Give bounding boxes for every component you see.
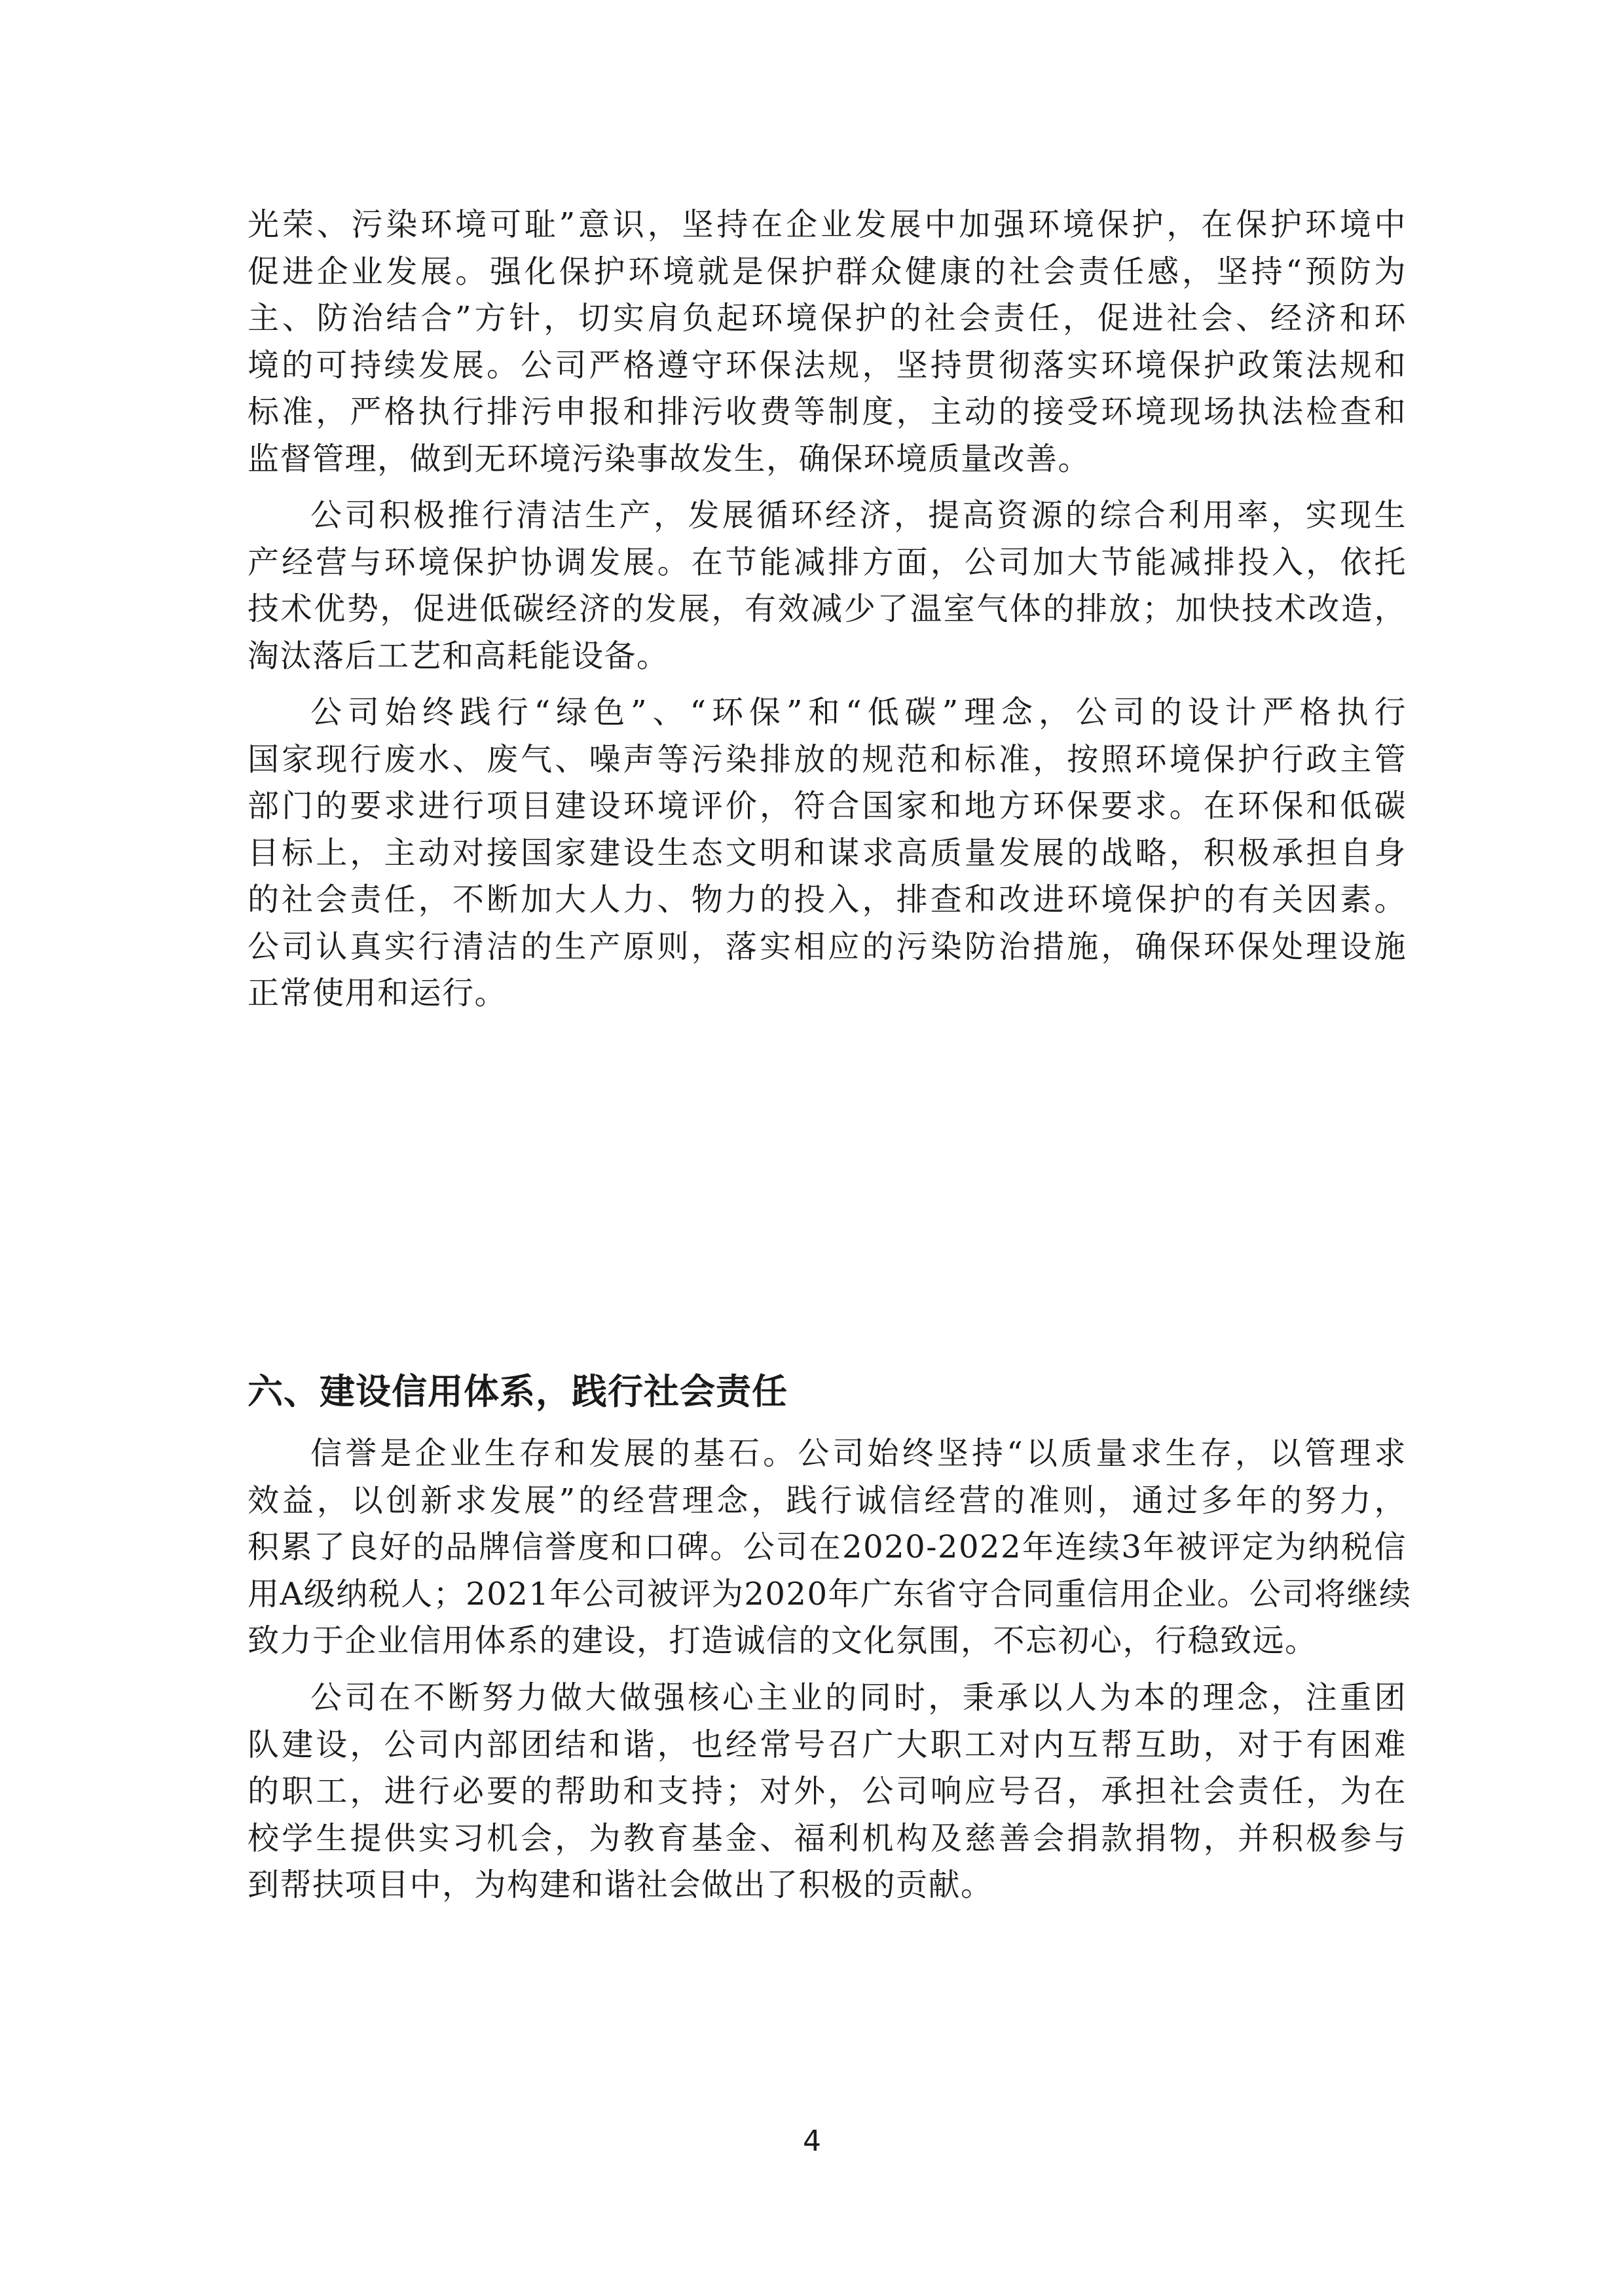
text-line: 信誉是企业生存和发展的基石。公司始终坚持“以质量求生存，以管理求: [248, 1430, 1407, 1478]
text-line: 产经营与环境保护协调发展。在节能减排方面，公司加大节能减排投入，依托: [248, 539, 1407, 587]
text-line: 校学生提供实习机会，为教育基金、福利机构及慈善会捐款捐物，并积极参与: [248, 1815, 1407, 1863]
text-line: 促进企业发展。强化保护环境就是保护群众健康的社会责任感，坚持“预防为: [248, 249, 1407, 296]
text-line: 公司积极推行清洁生产，发展循环经济，提高资源的综合利用率，实现生: [248, 492, 1407, 539]
paragraph-green-low-carbon: 公司始终践行“绿色”、“环保”和“低碳”理念，公司的设计严格执行 国家现行废水、…: [248, 689, 1407, 1017]
text-line: 境的可持续发展。公司严格遵守环保法规，坚持贯彻落实环境保护政策法规和: [248, 342, 1407, 390]
text-line: 主、防治结合”方针，切实肩负起环境保护的社会责任，促进社会、经济和环: [248, 295, 1407, 342]
text-line: 公司认真实行清洁的生产原则，落实相应的污染防治措施，确保环保处理设施: [248, 924, 1407, 971]
text-line: 淘汰落后工艺和高耗能设备。: [248, 633, 1407, 680]
text-line: 到帮扶项目中，为构建和谐社会做出了积极的贡献。: [248, 1862, 1407, 1909]
text-line: 目标上，主动对接国家建设生态文明和谋求高质量发展的战略，积极承担自身: [248, 830, 1407, 877]
paragraph-environment-awareness: 光荣、污染环境可耻”意识，坚持在企业发展中加强环境保护，在保护环境中 促进企业发…: [248, 202, 1407, 483]
text-line: 致力于企业信用体系的建设，打造诚信的文化氛围，不忘初心，行稳致远。: [248, 1618, 1407, 1665]
paragraph-clean-production: 公司积极推行清洁生产，发展循环经济，提高资源的综合利用率，实现生 产经营与环境保…: [248, 492, 1407, 680]
text-line: 正常使用和运行。: [248, 970, 1407, 1017]
paragraph-social-responsibility: 公司在不断努力做大做强核心主业的同时，秉承以人为本的理念，注重团 队建设，公司内…: [248, 1675, 1407, 1909]
text-line: 队建设，公司内部团结和谐，也经常号召广大职工对内互帮互助，对于有困难: [248, 1722, 1407, 1769]
text-line: 技术优势，促进低碳经济的发展，有效减少了温室气体的排放；加快技术改造，: [248, 586, 1407, 633]
text-line: 监督管理，做到无环境污染事故发生，确保环境质量改善。: [248, 436, 1407, 483]
text-line: 公司在不断努力做大做强核心主业的同时，秉承以人为本的理念，注重团: [248, 1675, 1407, 1722]
text-line: 光荣、污染环境可耻”意识，坚持在企业发展中加强环境保护，在保护环境中: [248, 202, 1407, 249]
text-line: 的社会责任，不断加大人力、物力的投入，排查和改进环境保护的有关因素。: [248, 877, 1407, 924]
paragraph-credit-reputation: 信誉是企业生存和发展的基石。公司始终坚持“以质量求生存，以管理求 效益，以创新求…: [248, 1430, 1407, 1665]
text-line: 标准，严格执行排污申报和排污收费等制度，主动的接受环境现场执法检查和: [248, 389, 1407, 436]
text-line: 部门的要求进行项目建设环境评价，符合国家和地方环保要求。在环保和低碳: [248, 783, 1407, 830]
text-line: 公司始终践行“绿色”、“环保”和“低碳”理念，公司的设计严格执行: [248, 689, 1407, 737]
text-line: 效益，以创新求发展”的经营理念，践行诚信经营的准则，通过多年的努力，: [248, 1478, 1407, 1525]
text-line: 积累了良好的品牌信誉度和口碑。公司在2020-2022年连续3年被评定为纳税信: [248, 1524, 1407, 1571]
text-line: 国家现行废水、废气、噪声等污染排放的规范和标准，按照环境保护行政主管: [248, 737, 1407, 784]
section-heading: 六、建设信用体系，践行社会责任: [248, 1368, 788, 1415]
page-number: 4: [0, 2124, 1624, 2158]
text-line: 的职工，进行必要的帮助和支持；对外，公司响应号召，承担社会责任，为在: [248, 1768, 1407, 1815]
text-line: 用A级纳税人；2021年公司被评为2020年广东省守合同重信用企业。公司将继续: [248, 1571, 1407, 1618]
